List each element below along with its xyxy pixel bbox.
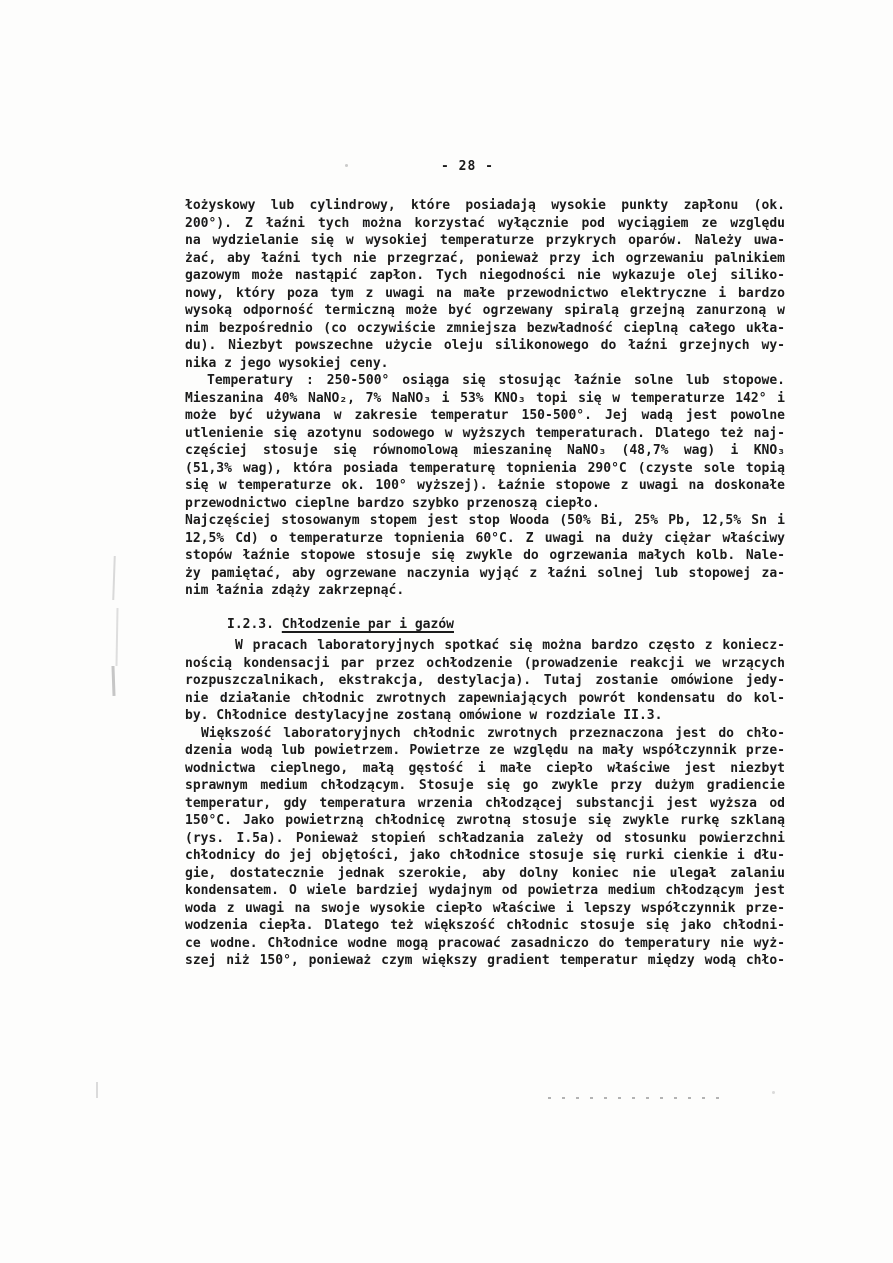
text-line: Najczęściej stosowanym stopem jest stop …: [185, 512, 785, 530]
text-line: rozpuszczalnikach, ekstrakcja, destylacj…: [185, 672, 785, 690]
text-line: wodzenia ciepła. Dlatego też większość c…: [185, 917, 785, 935]
text-line: Temperatury : 250-500° osiąga się stosuj…: [185, 372, 785, 390]
text-line: nością kondensacji par przez ochłodzenie…: [185, 655, 785, 673]
margin-pencil-mark: [115, 608, 118, 666]
text-line: W pracach laboratoryjnych spotkać się mo…: [185, 637, 785, 655]
text-line: woda z uwagi na swoje wysokie ciepło wła…: [185, 900, 785, 918]
text-line: by. Chłodnice destylacyjne zostaną omówi…: [185, 707, 785, 725]
text-line: dzenia wodą lub powietrzem. Powietrze ze…: [185, 742, 785, 760]
scanned-document-page: - 28 - łożyskowy lub cylindrowy, które p…: [0, 0, 893, 1263]
text-line: się w temperaturze ok. 100° wyższej). Ła…: [185, 477, 785, 495]
text-line: ce wodne. Chłodnice wodne mogą pracować …: [185, 935, 785, 953]
text-line: łożyskowy lub cylindrowy, które posiadaj…: [185, 197, 785, 215]
text-line: temperatur, gdy temperatura wrzenia chło…: [185, 795, 785, 813]
text-line: stopów łaźnie stopowe stosuje się zwykle…: [185, 547, 785, 565]
text-line: częściej stosuje się równomolową mieszan…: [185, 442, 785, 460]
scan-speck: [345, 164, 348, 167]
text-line: gazowym może nastąpić zapłon. Tych niego…: [185, 267, 785, 285]
text-line: chłodnicy do jej objętości, jako chłodni…: [185, 847, 785, 865]
text-line: nim bezpośrednio (co oczywiście zmniejsz…: [185, 320, 785, 338]
paragraph: Większość laboratoryjnych chłodnic zwrot…: [185, 725, 785, 970]
text-line: szej niż 150°, ponieważ czym większy gra…: [185, 952, 785, 970]
section-heading: I.2.3. Chłodzenie par i gazów: [185, 616, 785, 634]
section-title: Chłodzenie par i gazów: [282, 617, 454, 632]
text-line: (rys. I.5a). Ponieważ stopień schładzani…: [185, 830, 785, 848]
page-number: - 28 -: [441, 159, 494, 174]
text-line: żać, aby łaźni tych nie przegrzać, ponie…: [185, 250, 785, 268]
scan-speck: [772, 1091, 775, 1094]
text-line: nika z jego wysokiej ceny.: [185, 355, 785, 373]
text-line: du). Niezbyt powszechne użycie oleju sil…: [185, 337, 785, 355]
document-text-body: łożyskowy lub cylindrowy, które posiadaj…: [185, 197, 785, 970]
text-line: ży pamiętać, aby ogrzewane naczynia wyją…: [185, 565, 785, 583]
text-line: przewodnictwo cieplne bardzo szybko prze…: [185, 495, 785, 513]
text-line: wysoką odporność termiczną może być ogrz…: [185, 302, 785, 320]
text-line: Większość laboratoryjnych chłodnic zwrot…: [185, 725, 785, 743]
margin-pencil-mark: [96, 1082, 98, 1098]
text-line: wodnictwa cieplnego, małą gęstość i małe…: [185, 760, 785, 778]
text-line: nim łaźnia zdąży zakrzepnąć.: [185, 582, 785, 600]
scan-dash-artifact: [548, 1097, 720, 1099]
text-line: nie działanie chłodnic zwrotnych zapewni…: [185, 690, 785, 708]
paragraph: Najczęściej stosowanym stopem jest stop …: [185, 512, 785, 600]
paragraph: łożyskowy lub cylindrowy, które posiadaj…: [185, 197, 785, 372]
section-number: I.2.3.: [227, 617, 282, 632]
paragraph: W pracach laboratoryjnych spotkać się mo…: [185, 637, 785, 725]
text-line: może być używana w zakresie temperatur 1…: [185, 407, 785, 425]
text-line: 150°C. Jako powietrzną chłodnicę zwrotną…: [185, 812, 785, 830]
text-line: na wydzielanie się w wysokiej temperatur…: [185, 232, 785, 250]
text-line: utlenienie się azotynu sodowego w wyższy…: [185, 425, 785, 443]
text-line: Mieszanina 40% NaNO₂, 7% NaNO₃ i 53% KNO…: [185, 390, 785, 408]
text-line: 200°). Z łaźni tych można korzystać wyłą…: [185, 215, 785, 233]
text-line: gie, dostatecznie jednak szerokie, aby d…: [185, 865, 785, 883]
text-line: sprawnym medium chłodzącym. Stosuje się …: [185, 777, 785, 795]
margin-pencil-mark: [111, 666, 115, 696]
text-line: 12,5% Cd) o temperaturze topnienia 60°C.…: [185, 530, 785, 548]
text-line: kondensatem. O wiele bardziej wydajnym o…: [185, 882, 785, 900]
text-line: nowy, który poza tym z uwagi na małe prz…: [185, 285, 785, 303]
paragraph: Temperatury : 250-500° osiąga się stosuj…: [185, 372, 785, 512]
text-line: (51,3% wag), która posiada temperaturę t…: [185, 460, 785, 478]
margin-pencil-mark: [112, 556, 116, 600]
